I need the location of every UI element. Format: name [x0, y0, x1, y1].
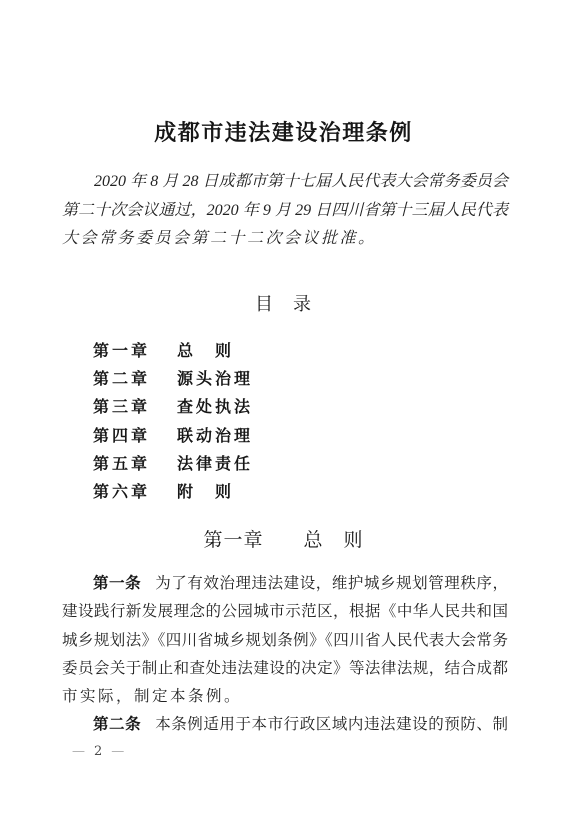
toc-item-chapter-4: 第四章 联动治理	[93, 423, 253, 451]
document-title: 成都市违法建设治理条例	[0, 116, 567, 150]
toc-chapter-label: 第六章	[93, 479, 177, 507]
toc-chapter-title: 法律责任	[177, 451, 253, 479]
preamble-line: 第二十次会议通过，2020 年 9 月 29 日四川省第十三届人民代表	[62, 197, 508, 226]
toc-chapter-title: 源头治理	[177, 366, 253, 394]
toc-chapter-title: 查处执法	[177, 394, 253, 422]
document-page: 成都市违法建设治理条例 2020 年 8 月 28 日成都市第十七届人民代表大会…	[0, 0, 567, 814]
preamble-line: 大会常务委员会第二十二次会议批准。	[62, 225, 508, 254]
article-2-label: 第二条	[93, 716, 141, 733]
toc-heading: 目 录	[0, 290, 567, 318]
article-1-line: 城乡规划法》《四川省城乡规划条例》《四川省人民代表大会常务	[62, 627, 508, 655]
chapter-1-heading: 第一章 总 则	[0, 526, 567, 556]
toc-item-chapter-5: 第五章 法律责任	[93, 451, 253, 479]
article-body: 第一条为了有效治理违法建设，维护城乡规划管理秩序， 建设践行新发展理念的公园城市…	[62, 570, 508, 740]
toc-item-chapter-6: 第六章 附 则	[93, 479, 253, 507]
toc-chapter-label: 第一章	[93, 338, 177, 366]
toc-chapter-title: 附 则	[177, 479, 234, 507]
article-1-line: 委员会关于制止和查处违法建设的决定》等法律法规，结合成都	[62, 655, 508, 683]
page-number-left-dash: —	[72, 744, 85, 760]
toc-item-chapter-2: 第二章 源头治理	[93, 366, 253, 394]
toc-chapter-label: 第五章	[93, 451, 177, 479]
toc-item-chapter-1: 第一章 总 则	[93, 338, 253, 366]
toc-chapter-label: 第三章	[93, 394, 177, 422]
article-1-label: 第一条	[93, 575, 141, 592]
page-number-right-dash: —	[111, 744, 124, 760]
article-1-line: 市实际，制定本条例。	[62, 683, 508, 711]
article-1-text: 为了有效治理违法建设，维护城乡规划管理秩序，	[155, 575, 508, 592]
article-2-line: 第二条本条例适用于本市行政区域内违法建设的预防、制	[62, 711, 508, 739]
article-2-text: 本条例适用于本市行政区域内违法建设的预防、制	[155, 716, 508, 733]
article-1-line: 第一条为了有效治理违法建设，维护城乡规划管理秩序，	[62, 570, 508, 598]
toc-chapter-label: 第二章	[93, 366, 177, 394]
preamble: 2020 年 8 月 28 日成都市第十七届人民代表大会常务委员会 第二十次会议…	[62, 168, 508, 254]
preamble-line: 2020 年 8 月 28 日成都市第十七届人民代表大会常务委员会	[62, 168, 508, 197]
page-number: — 2 —	[72, 744, 124, 760]
toc-item-chapter-3: 第三章 查处执法	[93, 394, 253, 422]
toc-chapter-title: 联动治理	[177, 423, 253, 451]
page-number-value: 2	[94, 744, 102, 760]
toc-list: 第一章 总 则 第二章 源头治理 第三章 查处执法 第四章 联动治理 第五章 法…	[93, 338, 253, 507]
toc-chapter-title: 总 则	[177, 338, 234, 366]
article-1-line: 建设践行新发展理念的公园城市示范区，根据《中华人民共和国	[62, 598, 508, 626]
toc-chapter-label: 第四章	[93, 423, 177, 451]
